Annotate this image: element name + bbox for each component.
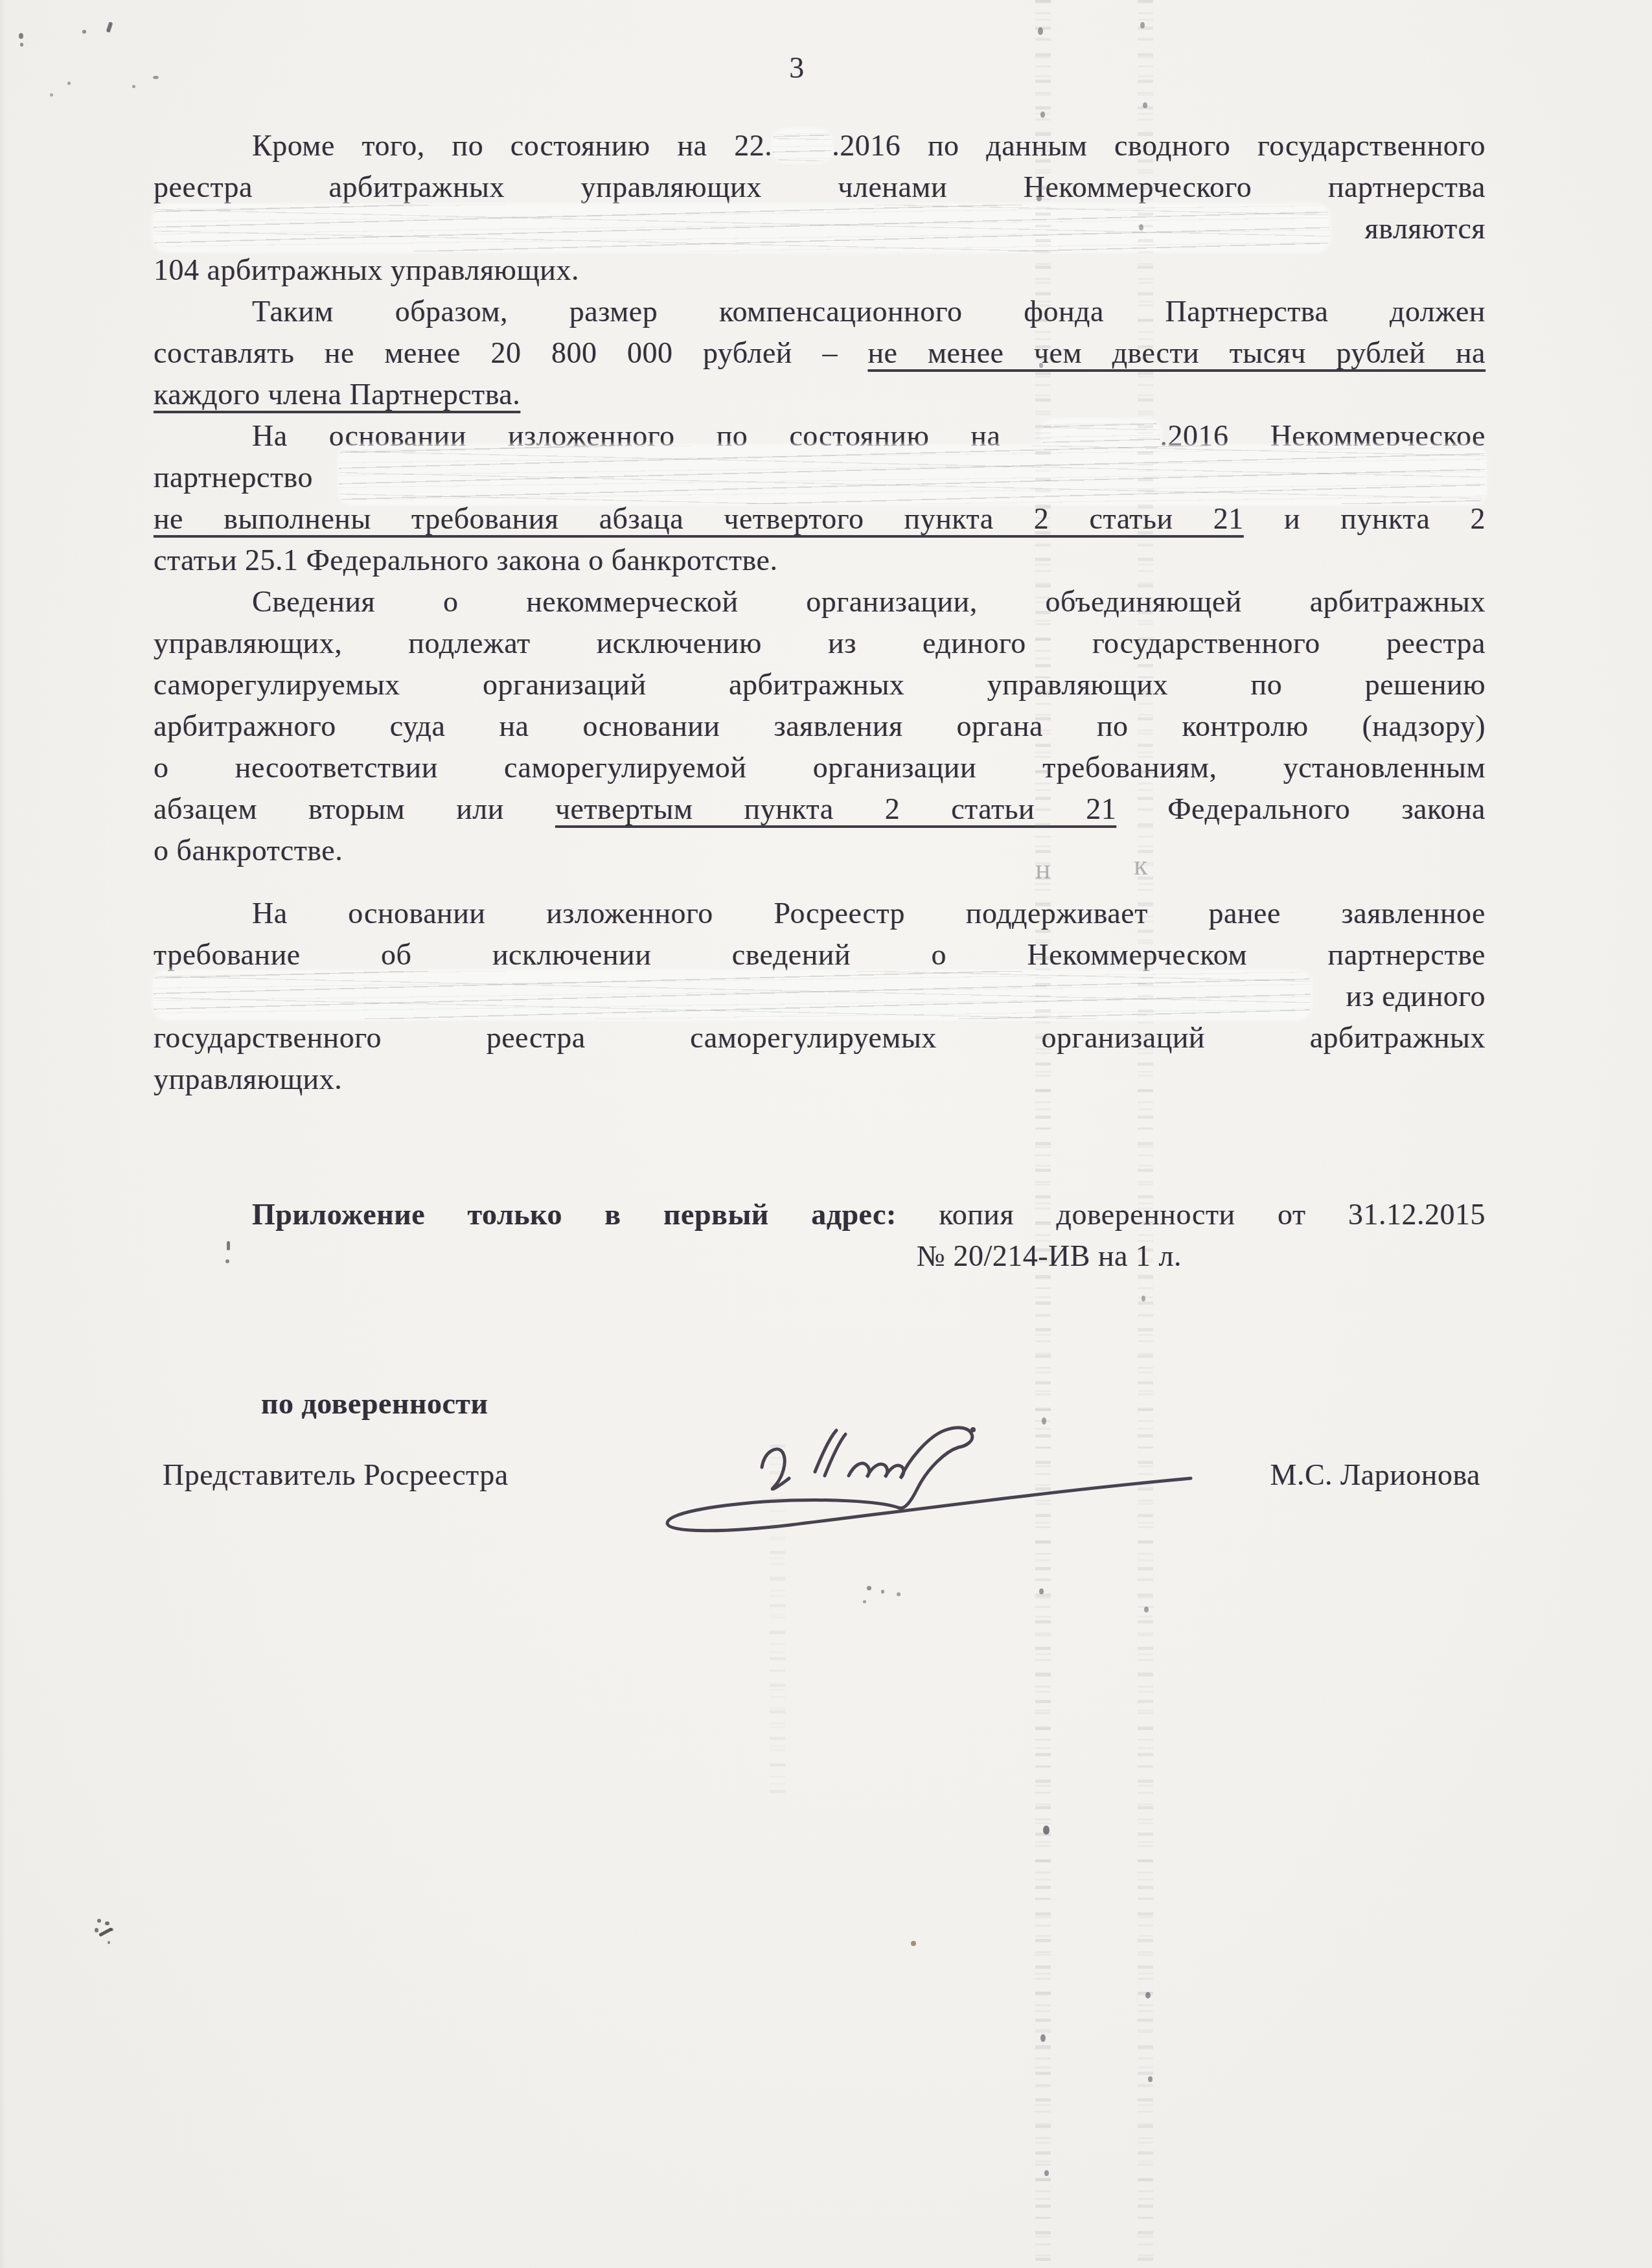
p5l3-text: из единого (1346, 975, 1486, 1018)
scan-speck (1037, 196, 1042, 201)
scan-speck (867, 1586, 871, 1590)
scan-speck (1039, 1588, 1044, 1594)
scan-speck (1144, 1607, 1149, 1612)
scan-speck (67, 82, 71, 85)
scan-speck (82, 30, 86, 34)
scan-streak (1035, 0, 1051, 2268)
p4l6-text-c: Федерального закона (1167, 792, 1486, 825)
p3l3-text-b: и пункта 2 (1284, 502, 1486, 535)
redaction-smear-wide3 (154, 971, 1311, 1019)
scan-speck (20, 43, 23, 47)
scan-speck (132, 85, 135, 88)
scan-streak (770, 1445, 785, 1794)
paragraph1-line1: Кроме того, по состоянию на 22..2016 по … (154, 124, 1486, 167)
scan-streak (1138, 0, 1153, 2268)
scan-speck (1042, 1417, 1046, 1425)
scan-speck (1040, 2034, 1046, 2042)
attachment-note-line1: Приложение только в первый адрес: копия … (154, 1193, 1486, 1236)
scan-speck (881, 1590, 884, 1594)
scan-speck (897, 1592, 901, 1596)
scan-speck (1040, 111, 1045, 118)
scan-speck (1148, 2076, 1153, 2082)
attachment-lead: Приложение только в первый адрес: (252, 1198, 897, 1231)
scan-speck (1044, 2170, 1049, 2176)
scan-speck (153, 76, 159, 79)
paragraph4-line2: управляющих, подлежат исключению из един… (154, 622, 1486, 665)
scan-speck (50, 93, 53, 97)
redaction-smear-wide2 (339, 446, 1486, 504)
paragraph5-line5: управляющих. (154, 1058, 1486, 1101)
scanned-document-page: 3 Кроме того, по состоянию на 22..2016 п… (0, 0, 1652, 2268)
paragraph4-line1: Сведения о некоммерческой организации, о… (154, 580, 1486, 623)
page-number: 3 (0, 47, 1594, 89)
p1l1-text-a: Кроме того, по состоянию на 22. (252, 129, 772, 162)
paragraph3-line2: партнерство (154, 456, 1486, 504)
paragraph1-line3: являются (154, 207, 1486, 251)
scan-speck (911, 1941, 916, 1946)
pen-smudge (95, 1928, 98, 1932)
scan-speck (1139, 224, 1143, 231)
paragraph5-line4: государственного реестра саморегулируемы… (154, 1016, 1486, 1059)
scan-speck (1145, 1992, 1151, 1999)
scan-speck (1141, 1296, 1145, 1301)
scan-speck (863, 1600, 866, 1603)
attachment-note-line2: № 20/214-ИВ на 1 л. (917, 1235, 1305, 1277)
redaction-smear-date1 (772, 130, 832, 162)
paragraph1-line2: реестра арбитражных управляющих членами … (154, 166, 1486, 209)
underlined-text: каждого члена Партнерства. (154, 378, 520, 411)
paragraph3-line3: не выполнены требования абзаца четвертог… (154, 498, 1486, 540)
paragraph4-line5: о несоответствии саморегулируемой органи… (154, 746, 1486, 789)
paragraph4-line3: саморегулируемых организаций арбитражных… (154, 663, 1486, 706)
paragraph4-line4: арбитражного суда на основании заявления… (154, 705, 1486, 748)
scan-speck (225, 1259, 229, 1263)
paragraph4-line6: абзацем вторым или четвертым пункта 2 ст… (154, 788, 1486, 830)
scan-speck (1140, 22, 1145, 29)
underlined-text: четвертым пункта 2 статьи 21 (555, 792, 1116, 825)
scan-speck (1143, 102, 1147, 108)
paragraph2-line2: составлять не менее 20 800 000 рублей – … (154, 332, 1486, 374)
pen-smudge (108, 1941, 110, 1944)
underlined-text: не менее чем двести тысяч рублей на (867, 336, 1486, 369)
paragraph2-line3: каждого члена Партнерства. (154, 373, 1486, 416)
paragraph5-line3: из единого (154, 975, 1486, 1019)
p4l6-text-a: абзацем вторым или (154, 792, 504, 825)
ghost-letter: н (1035, 853, 1051, 886)
scan-speck (19, 33, 23, 39)
paragraph3-line4: статьи 25.1 Федерального закона о банкро… (154, 539, 1486, 582)
scan-speck (1038, 27, 1043, 35)
attachment-rest: копия доверенности от 31.12.2015 (939, 1198, 1486, 1231)
ghost-letter: к (1134, 849, 1147, 882)
p1l3-text: являются (1365, 207, 1486, 250)
scan-speck (227, 1241, 230, 1250)
paragraph4-line7: о банкротстве. (154, 829, 1486, 872)
paragraph1-line4: 104 арбитражных управляющих. (154, 249, 1486, 292)
p3l2-text: партнерство (154, 456, 313, 499)
paragraph5-line1: На основании изложенного Росреестр подде… (154, 892, 1486, 935)
underlined-text: не выполнены требования абзаца четвертог… (154, 502, 1244, 535)
pen-smudge (98, 1927, 113, 1937)
paragraph5-line2: требование об исключении сведений о Неко… (154, 934, 1486, 976)
p2l2-text: составлять не менее 20 800 000 рублей – (154, 336, 838, 369)
p1l1-text-b: .2016 по данным сводного государственног… (832, 129, 1486, 162)
scan-speck (106, 21, 113, 32)
paragraph2-line1: Таким образом, размер компенсационного ф… (154, 290, 1486, 333)
pen-smudge (97, 1919, 101, 1923)
pen-smudge (105, 1921, 109, 1925)
scan-speck (1043, 1826, 1050, 1835)
scan-speck (1039, 363, 1043, 368)
